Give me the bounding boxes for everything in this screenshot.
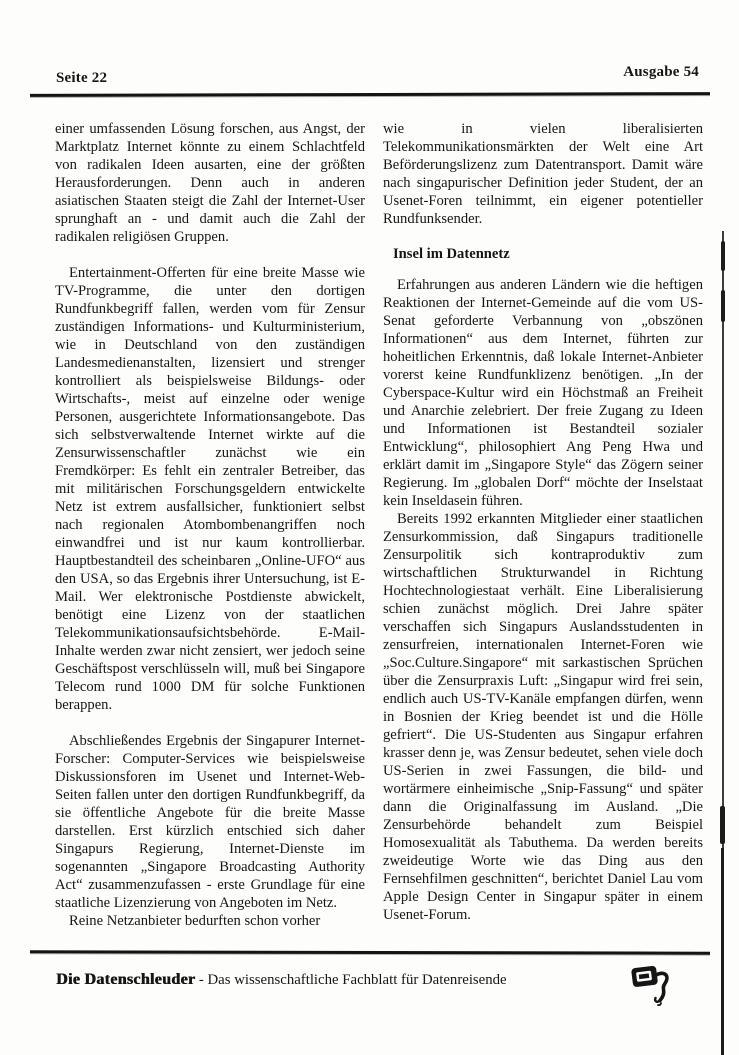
datenschleuder-hand-logo-icon	[630, 962, 672, 1011]
paragraph: Entertainment-Offerten für eine breite M…	[55, 264, 365, 714]
scan-artifact-blob	[720, 806, 725, 844]
scan-artifact-blob	[721, 290, 725, 322]
paragraph: Reine Netzanbieter bedurften schon vorhe…	[55, 912, 365, 930]
paragraph: Abschließendes Ergebnis der Singapurer I…	[55, 732, 365, 912]
footer-separator: -	[195, 972, 207, 988]
article-body: einer umfassenden Lösung forschen, aus A…	[55, 120, 703, 930]
paragraph: Bereits 1992 erkannten Mitglieder einer …	[383, 510, 703, 924]
header-rule	[30, 92, 710, 97]
footer-rule	[30, 950, 710, 954]
page-number: Seite 22	[56, 70, 107, 87]
paragraph: wie in vielen liberalisierten Telekommun…	[383, 120, 703, 228]
footer-tagline: Das wissenschaftliche Fachblatt für Date…	[208, 972, 507, 988]
paragraph: Erfahrungen aus anderen Ländern wie die …	[383, 276, 703, 510]
footer: Die Datenschleuder - Das wissenschaftlic…	[56, 971, 507, 989]
scan-artifact-blob	[721, 241, 725, 271]
right-column: wie in vielen liberalisierten Telekommun…	[383, 120, 703, 930]
scan-artifact-thick-segment	[721, 848, 724, 1055]
left-column: einer umfassenden Lösung forschen, aus A…	[55, 120, 365, 930]
magazine-title: Die Datenschleuder	[56, 971, 195, 988]
issue-number: Ausgabe 54	[623, 64, 699, 81]
section-heading: Insel im Datennetz	[383, 245, 703, 263]
scanned-magazine-page: Seite 22 Ausgabe 54 einer umfassenden Lö…	[0, 0, 739, 1055]
paragraph: einer umfassenden Lösung forschen, aus A…	[55, 120, 365, 246]
